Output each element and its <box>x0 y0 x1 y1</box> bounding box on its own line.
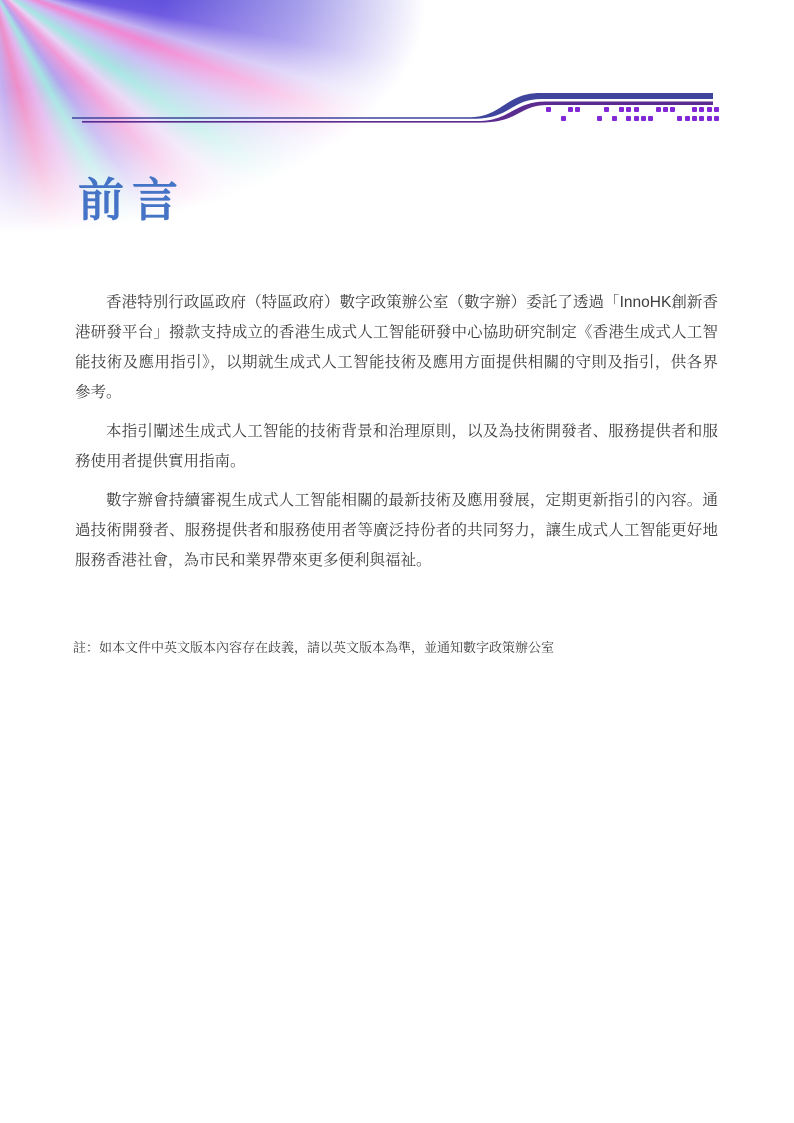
dot <box>648 116 653 121</box>
prism-light-decoration <box>0 0 520 300</box>
dot <box>575 107 580 112</box>
dot <box>714 116 719 121</box>
dot <box>546 107 551 112</box>
paragraph: 本指引闡述生成式人工智能的技術背景和治理原則，以及為技術開發者、服務提供者和服務… <box>75 417 718 477</box>
dot <box>612 116 617 121</box>
dot <box>568 107 573 112</box>
dot <box>714 107 719 112</box>
dot <box>626 107 631 112</box>
body-text: 香港特別行政區政府（特區政府）數字政策辦公室（數字辦）委託了透過「InnoHK創… <box>75 288 718 585</box>
dot <box>656 107 661 112</box>
dot <box>619 107 624 112</box>
dot <box>677 116 682 121</box>
dot <box>707 107 712 112</box>
dot <box>626 116 631 121</box>
dot <box>692 107 697 112</box>
dot <box>604 107 609 112</box>
paragraph: 數字辦會持續審視生成式人工智能相關的最新技術及應用發展，定期更新指引的內容。通過… <box>75 486 718 576</box>
dot <box>699 116 704 121</box>
dot <box>685 116 690 121</box>
dot <box>670 107 675 112</box>
dot <box>634 116 639 121</box>
paragraph: 香港特別行政區政府（特區政府）數字政策辦公室（數字辦）委託了透過「InnoHK創… <box>75 288 718 408</box>
dot-matrix-decoration <box>546 107 722 131</box>
page-title: 前言 <box>78 173 186 228</box>
footnote: 註：如本文件中英文版本內容存在歧義，請以英文版本為準，並通知數字政策辦公室 <box>73 638 733 658</box>
document-page: { "page": { "background": "#ffffff" }, "… <box>0 0 794 1123</box>
dot <box>561 116 566 121</box>
dot <box>641 116 646 121</box>
dot <box>663 107 668 112</box>
dot <box>707 116 712 121</box>
dot <box>692 116 697 121</box>
dot <box>597 116 602 121</box>
dot <box>634 107 639 112</box>
dot <box>699 107 704 112</box>
